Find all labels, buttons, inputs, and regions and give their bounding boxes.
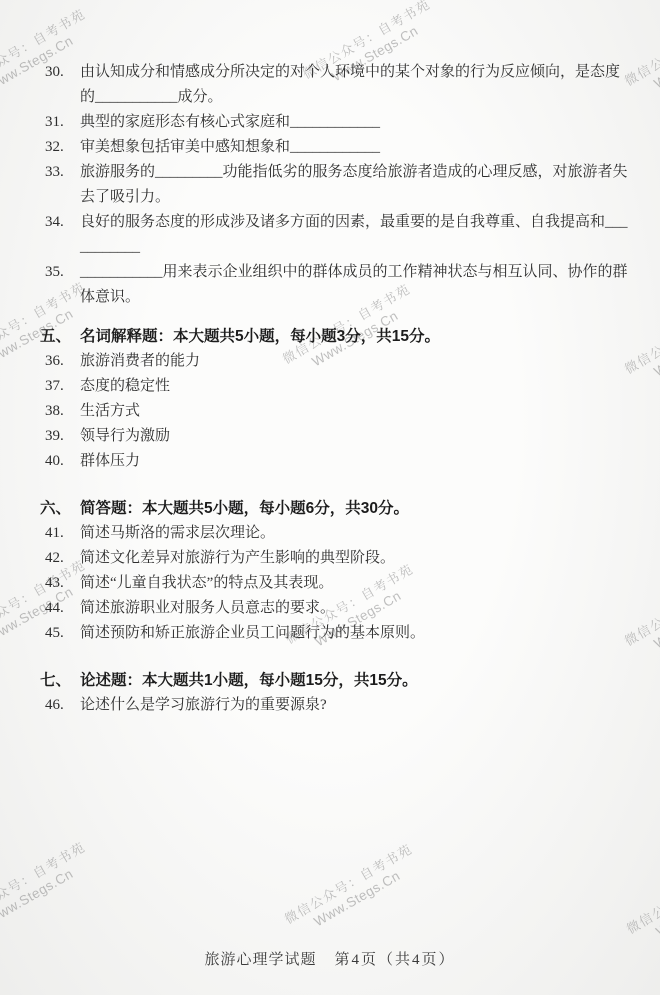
question-row: 31. 典型的家庭形态有核心式家庭和____________ [45, 110, 630, 135]
question-row: 41. 简述马斯洛的需求层次理论。 [45, 521, 630, 546]
question-number: 43. [45, 571, 80, 596]
question-number: 42. [45, 546, 80, 571]
question-text: 态度的稳定性 [80, 374, 630, 399]
question-text: 领导行为激励 [80, 424, 630, 449]
question-text: 简述预防和矫正旅游企业员工问题行为的基本原则。 [80, 621, 630, 646]
question-row: 38. 生活方式 [45, 399, 630, 424]
section-title: 名词解释题：本大题共5小题，每小题3分，共15分。 [80, 324, 630, 349]
question-row: 34. 良好的服务态度的形成涉及诸多方面的因素，最重要的是自我尊重、自我提高和_… [45, 210, 630, 260]
watermark-text: 微信公众号：自考书苑 [0, 837, 89, 926]
question-text: 简述马斯洛的需求层次理论。 [80, 521, 630, 546]
page-footer: 旅游心理学试题 第4页（共4页） [0, 948, 660, 969]
question-number: 34. [45, 210, 80, 260]
question-row: 32. 审美想象包括审美中感知想象和____________ [45, 135, 630, 160]
question-row: 42. 简述文化差异对旅游行为产生影响的典型阶段。 [45, 546, 630, 571]
question-row: 30. 由认知成分和情感成分所决定的对个人环境中的某个对象的行为反应倾向，是态度… [45, 60, 630, 110]
question-number: 44. [45, 596, 80, 621]
question-row: 36. 旅游消费者的能力 [45, 349, 630, 374]
exam-page: 微信公众号：自考书苑Www.Stegs.Cn 微信公众号：自考书苑Www.Ste… [0, 0, 660, 995]
question-text: 群体压力 [80, 449, 630, 474]
question-number: 37. [45, 374, 80, 399]
section-label: 六、 [40, 496, 80, 521]
question-row: 45. 简述预防和矫正旅游企业员工问题行为的基本原则。 [45, 621, 630, 646]
question-row: 43. 简述“儿童自我状态”的特点及其表现。 [45, 571, 630, 596]
question-number: 46. [45, 693, 80, 718]
question-row: 40. 群体压力 [45, 449, 630, 474]
question-text: 论述什么是学习旅游行为的重要源泉? [80, 693, 630, 718]
question-text: 典型的家庭形态有核心式家庭和____________ [80, 110, 630, 135]
question-text: 简述“儿童自我状态”的特点及其表现。 [80, 571, 630, 596]
question-number: 40. [45, 449, 80, 474]
watermark: 微信公众号：自考书苑Www.Stegs.Cn [0, 837, 97, 940]
question-text: 由认知成分和情感成分所决定的对个人环境中的某个对象的行为反应倾向，是态度的___… [80, 60, 630, 110]
question-text: 旅游服务的_________功能指低劣的服务态度给旅游者造成的心理反感，对旅游者… [80, 160, 630, 210]
question-number: 36. [45, 349, 80, 374]
watermark-url: Www.Stegs.Cn [311, 868, 402, 929]
section-title: 简答题：本大题共5小题，每小题6分，共30分。 [80, 496, 630, 521]
watermark: 微信公众号：自考书苑Www.Stegs.Cn [622, 849, 660, 952]
footer-page-info: 第4页（共4页） [335, 948, 456, 969]
question-row: 44. 简述旅游职业对服务人员意志的要求。 [45, 596, 630, 621]
question-row: 35. ___________用来表示企业组织中的群体成员的工作精神状态与相互认… [45, 260, 630, 310]
section-heading-definitions: 五、 名词解释题：本大题共5小题，每小题3分，共15分。 [40, 324, 630, 349]
question-number: 35. [45, 260, 80, 310]
question-text: 审美想象包括审美中感知想象和____________ [80, 135, 630, 160]
question-number: 45. [45, 621, 80, 646]
section-heading-short-answer: 六、 简答题：本大题共5小题，每小题6分，共30分。 [40, 496, 630, 521]
watermark-url: Www.Stegs.Cn [653, 878, 660, 939]
question-text: 简述旅游职业对服务人员意志的要求。 [80, 596, 630, 621]
question-text: 简述文化差异对旅游行为产生影响的典型阶段。 [80, 546, 630, 571]
exam-content: 30. 由认知成分和情感成分所决定的对个人环境中的某个对象的行为反应倾向，是态度… [0, 0, 660, 718]
footer-doc-title: 旅游心理学试题 [204, 948, 316, 969]
question-text: ___________用来表示企业组织中的群体成员的工作精神状态与相互认同、协作… [80, 260, 630, 310]
watermark-text: 微信公众号：自考书苑 [280, 839, 415, 928]
question-number: 30. [45, 60, 80, 110]
section-title: 论述题：本大题共1小题，每小题15分，共15分。 [80, 668, 630, 693]
question-text: 旅游消费者的能力 [80, 349, 630, 374]
question-number: 39. [45, 424, 80, 449]
question-text: 良好的服务态度的形成涉及诸多方面的因素，最重要的是自我尊重、自我提高和_____… [80, 210, 630, 260]
watermark-text: 微信公众号：自考书苑 [622, 849, 660, 938]
question-number: 32. [45, 135, 80, 160]
question-number: 41. [45, 521, 80, 546]
question-row: 33. 旅游服务的_________功能指低劣的服务态度给旅游者造成的心理反感，… [45, 160, 630, 210]
section-label: 五、 [40, 324, 80, 349]
question-number: 33. [45, 160, 80, 210]
section-label: 七、 [40, 668, 80, 693]
question-text: 生活方式 [80, 399, 630, 424]
question-row: 37. 态度的稳定性 [45, 374, 630, 399]
watermark: 微信公众号：自考书苑Www.Stegs.Cn [280, 839, 423, 942]
question-row: 39. 领导行为激励 [45, 424, 630, 449]
question-number: 38. [45, 399, 80, 424]
section-heading-essay: 七、 论述题：本大题共1小题，每小题15分，共15分。 [40, 668, 630, 693]
watermark-url: Www.Stegs.Cn [0, 866, 76, 927]
question-row: 46. 论述什么是学习旅游行为的重要源泉? [45, 693, 630, 718]
question-number: 31. [45, 110, 80, 135]
